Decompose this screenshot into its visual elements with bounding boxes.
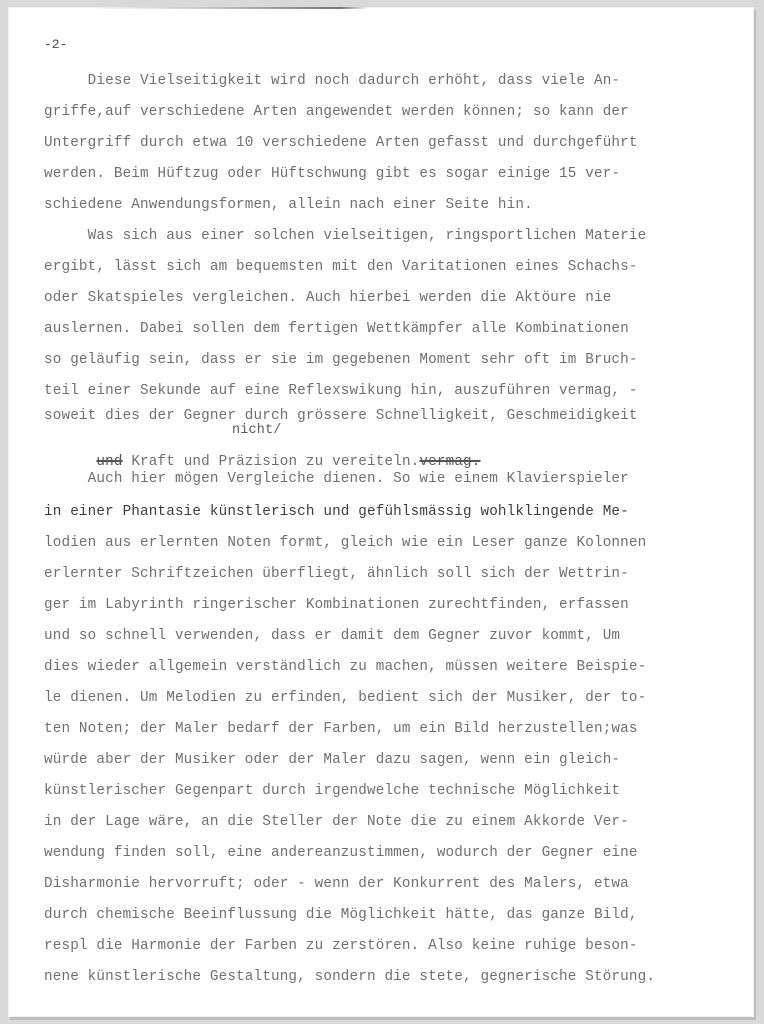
- text-line: so geläufig sein, dass er sie im gegeben…: [44, 352, 638, 368]
- interlinear-correction: nicht/: [232, 424, 282, 438]
- text-line: dies wieder allgemein verständlich zu ma…: [44, 659, 646, 675]
- typewritten-body: Diese Vielseitigkeit wird noch dadurch e…: [8, 7, 754, 1017]
- text-line: Auch hier mögen Vergleiche dienen. So wi…: [44, 471, 629, 487]
- document-page: -2- Diese Vielseitigkeit wird noch dadur…: [8, 7, 754, 1017]
- text-line: le dienen. Um Melodien zu erfinden, bedi…: [44, 690, 646, 706]
- text-line: Disharmonie hervorruft; oder - wenn der …: [44, 876, 629, 892]
- text-line: ergibt, lässt sich am bequemsten mit den…: [44, 259, 638, 275]
- corrected-text: Kraft und Präzision zu vereiteln.: [123, 454, 420, 470]
- text-line: in einer Phantasie künstlerisch und gefü…: [44, 504, 629, 520]
- text-line: ten Noten; der Maler bedarf der Farben, …: [44, 721, 638, 737]
- text-line: wendung finden soll, eine andereanzustim…: [44, 845, 638, 861]
- text-line: nene künstlerische Gestaltung, sondern d…: [44, 969, 655, 985]
- text-line: durch chemische Beeinflussung die Möglic…: [44, 907, 638, 923]
- text-line: oder Skatspieles vergleichen. Auch hierb…: [44, 290, 611, 306]
- struck-word: und: [96, 454, 122, 470]
- text-line: würde aber der Musiker oder der Maler da…: [44, 752, 620, 768]
- text-line: auslernen. Dabei sollen dem fertigen Wet…: [44, 321, 629, 337]
- text-line: schiedene Anwendungsformen, allein nach …: [44, 197, 533, 213]
- text-line: erlernter Schriftzeichen überfliegt, ähn…: [44, 566, 629, 582]
- struck-word: vermag.: [419, 454, 480, 470]
- text-line: in der Lage wäre, an die Steller der Not…: [44, 814, 629, 830]
- text-line: teil einer Sekunde auf eine Reflexswikun…: [44, 383, 638, 399]
- text-line: Diese Vielseitigkeit wird noch dadurch e…: [44, 73, 620, 89]
- text-line: respl die Harmonie der Farben zu zerstör…: [44, 938, 638, 954]
- text-line: lodien aus erlernten Noten formt, gleich…: [44, 535, 646, 551]
- text-line: künstlerischer Gegenpart durch irgendwel…: [44, 783, 620, 799]
- text-line: und so schnell verwenden, dass er damit …: [44, 628, 620, 644]
- text-line: Untergriff durch etwa 10 verschiedene Ar…: [44, 135, 638, 151]
- text-line: ger im Labyrinth ringerischer Kombinatio…: [44, 597, 629, 613]
- text-line: griffe,auf verschiedene Arten angewendet…: [44, 104, 629, 120]
- text-line: Was sich aus einer solchen vielseitigen,…: [44, 228, 646, 244]
- text-line: werden. Beim Hüftzug oder Hüftschwung gi…: [44, 166, 620, 182]
- text-line: soweit dies der Gegner durch grössere Sc…: [44, 408, 638, 424]
